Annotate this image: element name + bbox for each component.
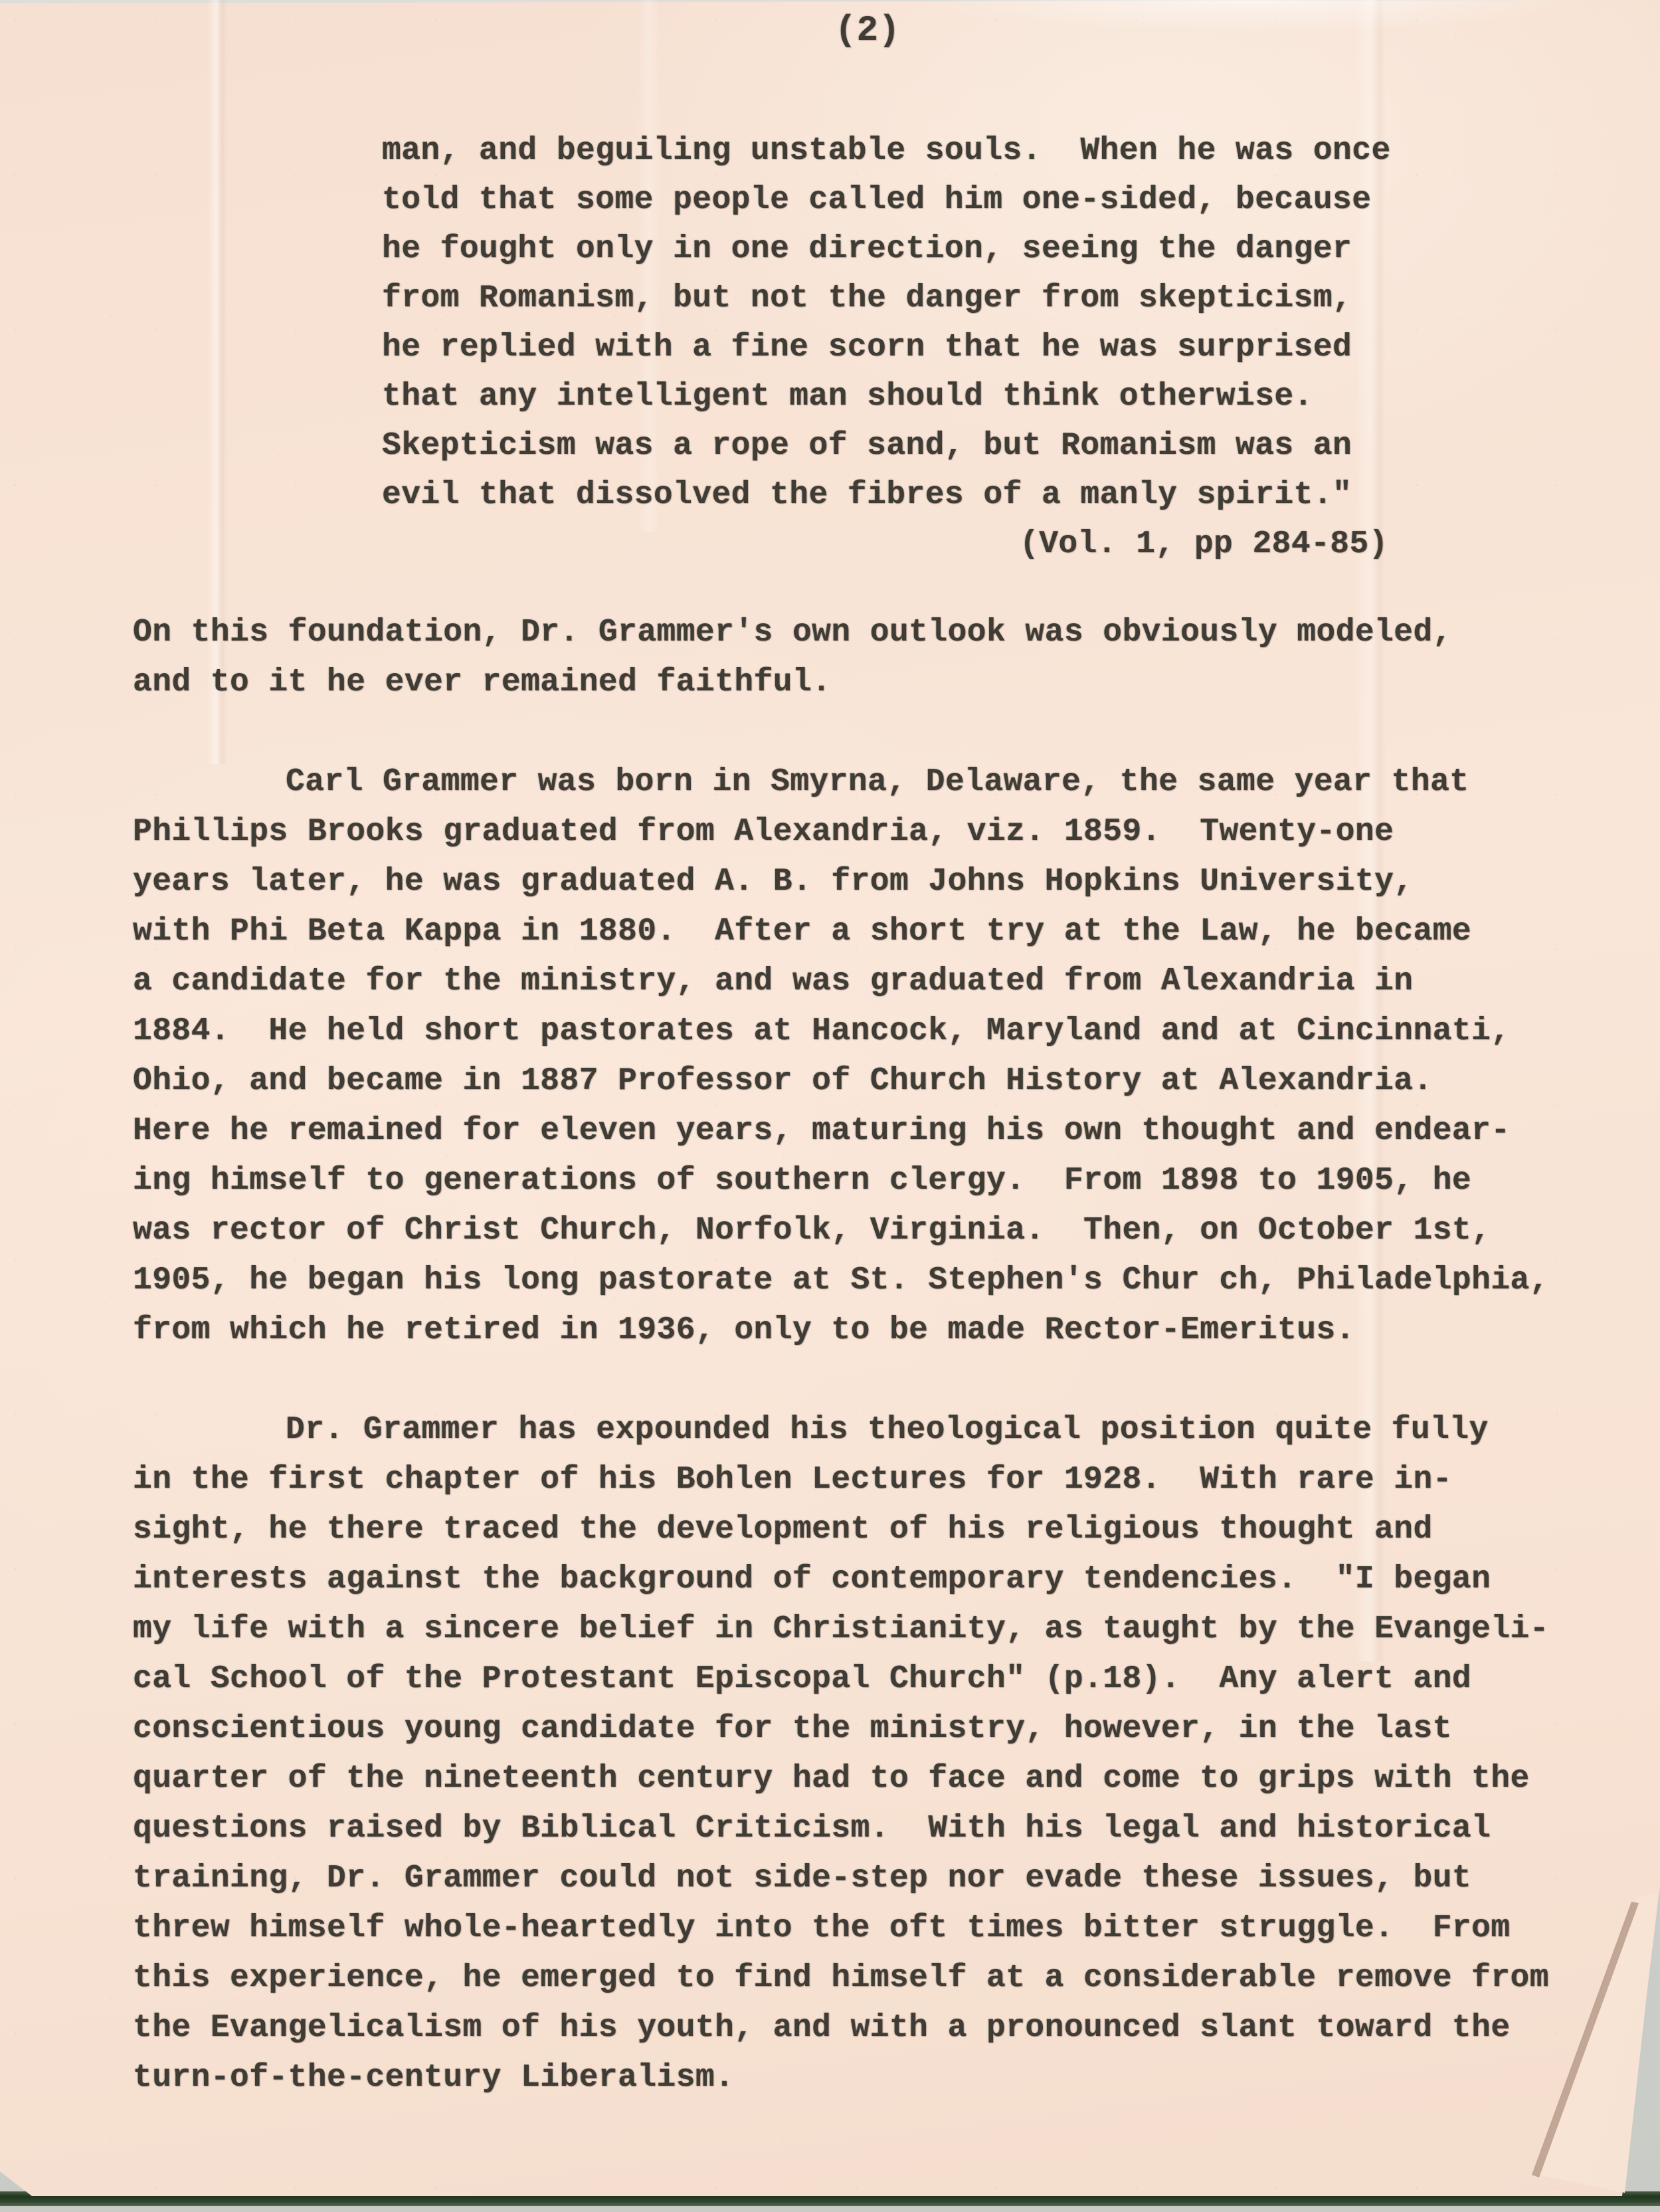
paragraph-theology: Dr. Grammer has expounded his theologica… — [133, 1405, 1641, 2103]
scanned-document-page: (2) man, and beguiling unstable souls. W… — [0, 0, 1660, 2212]
block-quote: man, and beguiling unstable souls. When … — [382, 126, 1471, 520]
paragraph-biography: Carl Grammer was born in Smyrna, Delawar… — [133, 757, 1641, 1356]
quote-attribution: (Vol. 1, pp 284-85) — [1020, 520, 1388, 569]
paragraph-foundation: On this foundation, Dr. Grammer's own ou… — [133, 608, 1641, 708]
page-number: (2) — [835, 11, 900, 51]
